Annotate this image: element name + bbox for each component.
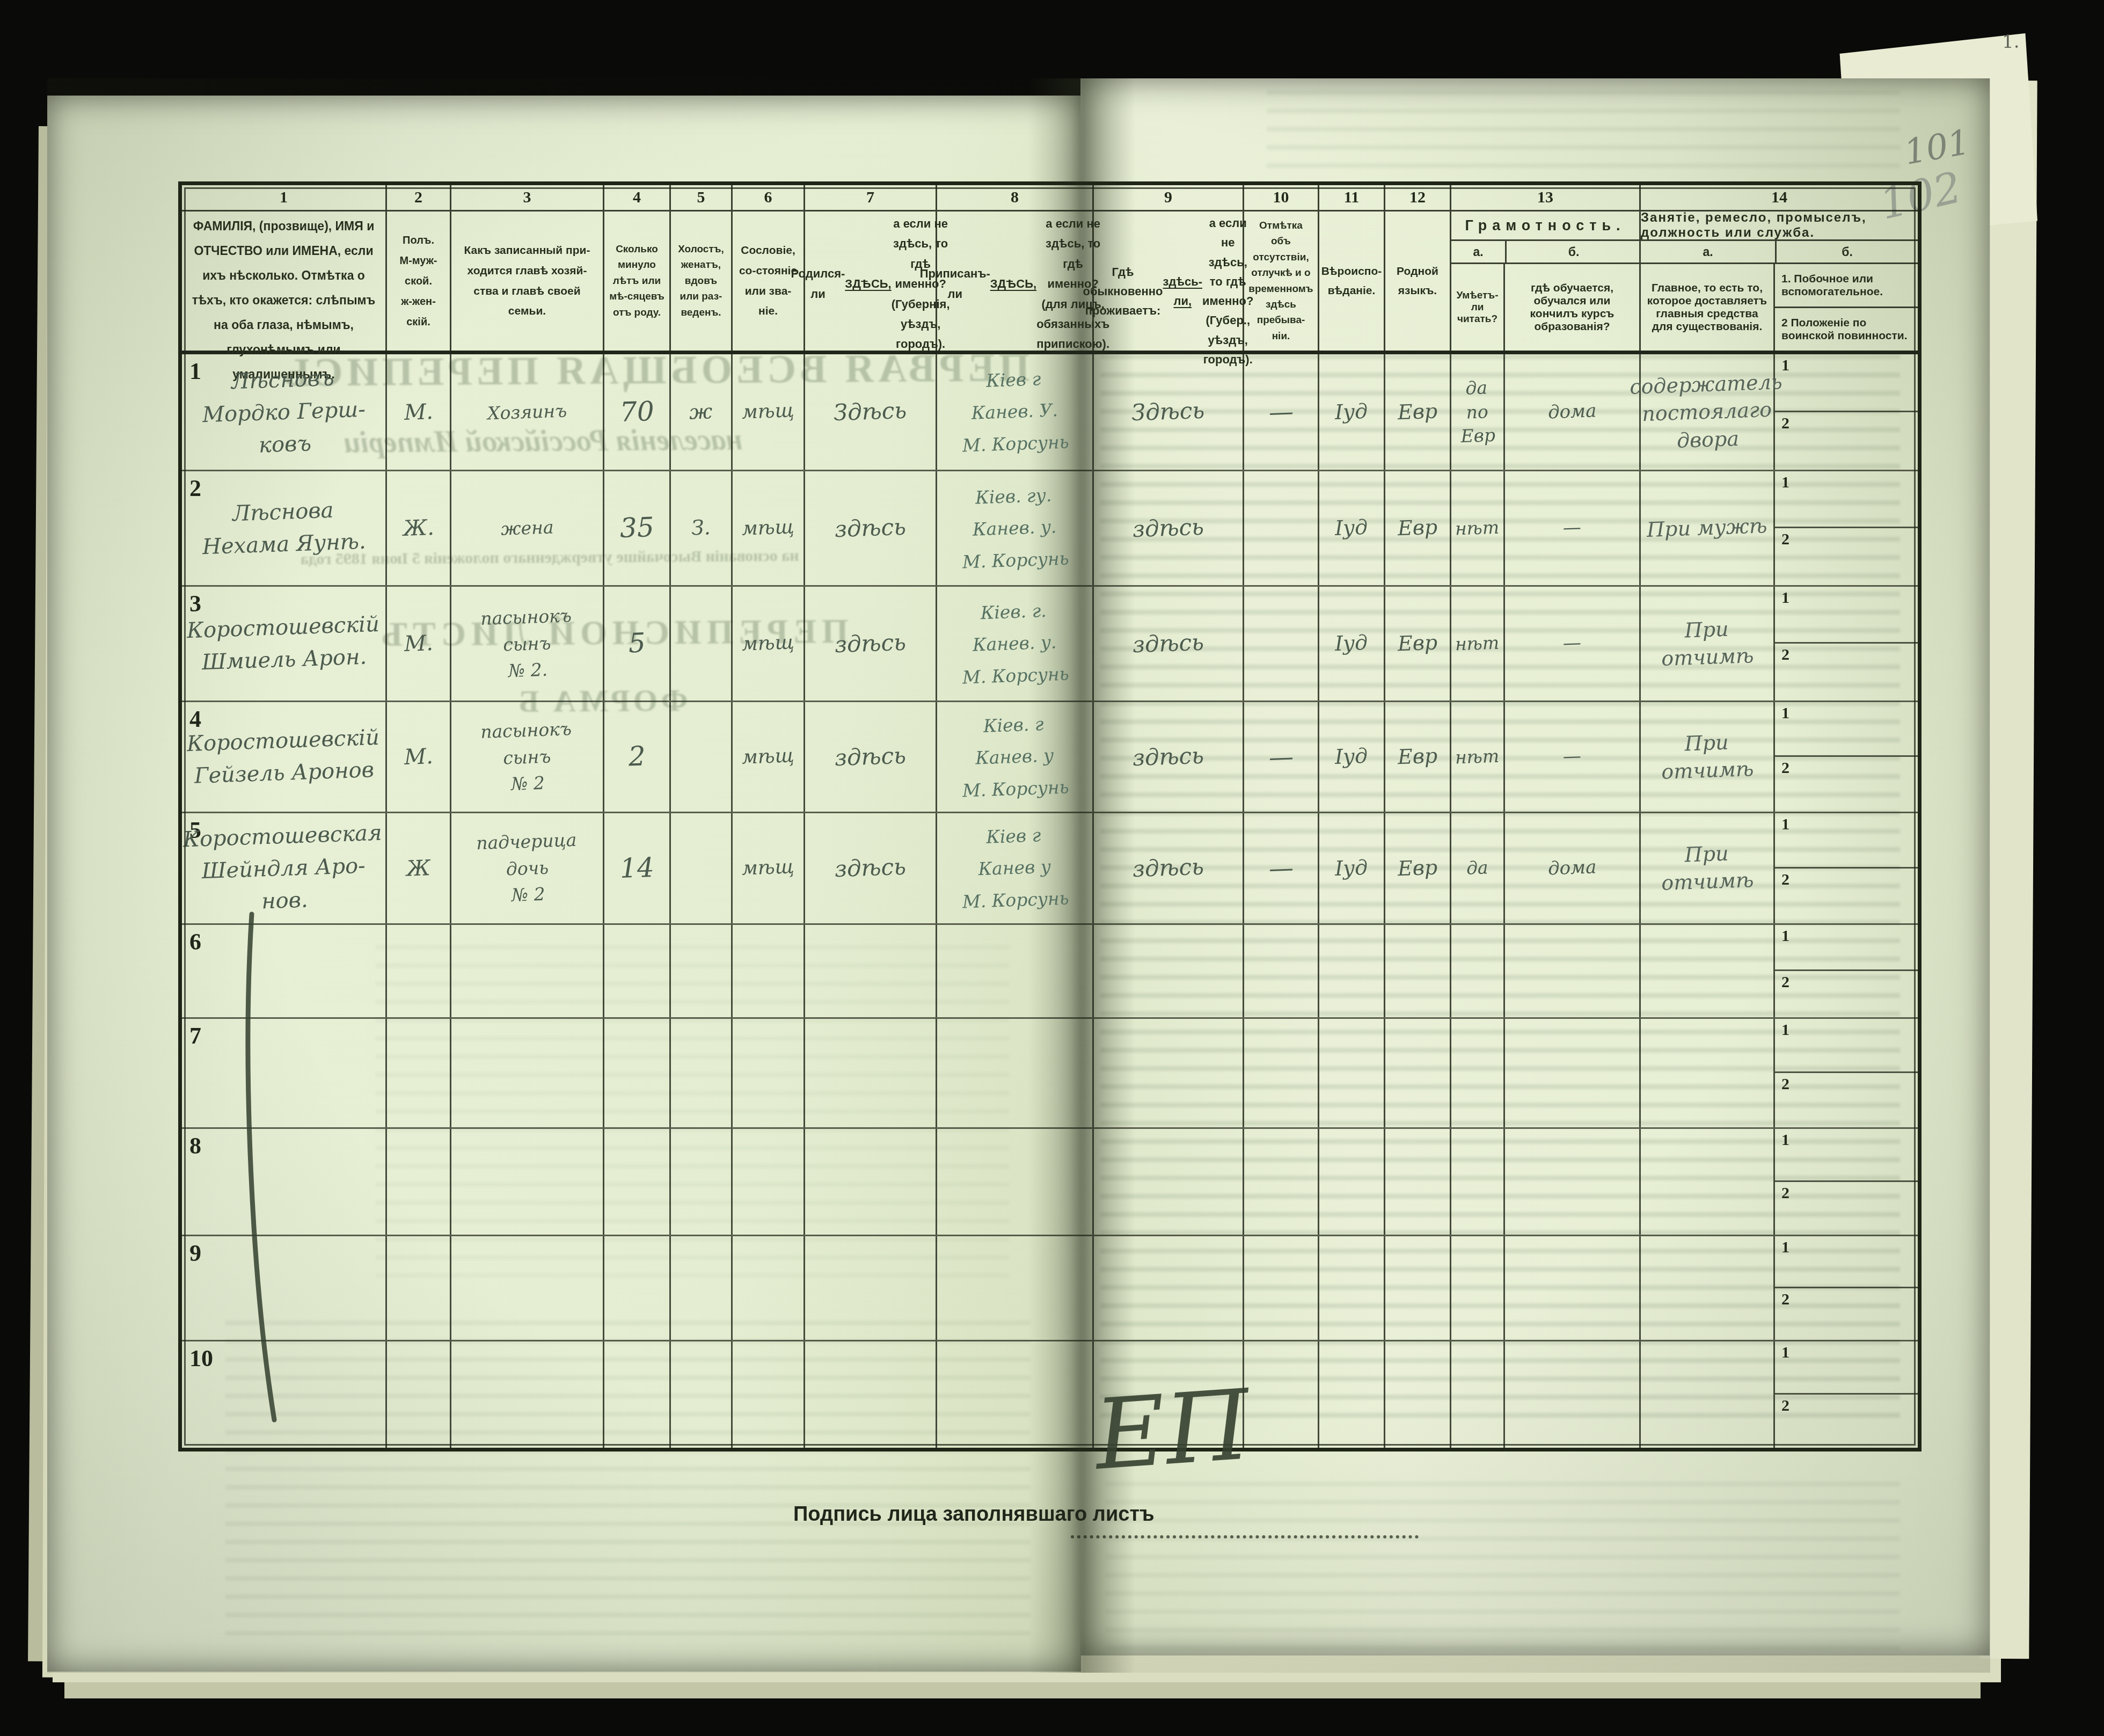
handwriting-entry: Кіев. гу. Канев. у. М. Корсунь bbox=[960, 478, 1070, 578]
c14b-subrow: 2 bbox=[1775, 757, 1918, 812]
cell-c13a bbox=[1451, 1129, 1505, 1235]
cell-c4: 14 bbox=[604, 813, 671, 923]
column-number: 1 bbox=[182, 185, 385, 211]
cell-c3 bbox=[451, 1341, 604, 1448]
col13-sublabels: а. б. bbox=[1451, 241, 1639, 264]
corner-mark: 1. bbox=[2002, 31, 2019, 53]
cell-c2: М. bbox=[387, 354, 451, 470]
cell-c13a bbox=[1451, 925, 1505, 1017]
cell-name: 1Лѣсновъ Мордко Герш- ковъ bbox=[182, 354, 387, 470]
row-number: 8 bbox=[189, 1132, 201, 1159]
handwriting-entry: З. bbox=[691, 514, 711, 543]
cell-c5 bbox=[671, 587, 733, 701]
header-col-3: 3Какъ записанный при-ходится главѣ хозяй… bbox=[451, 185, 604, 351]
handwriting-entry: М. bbox=[404, 629, 434, 659]
c14b-subrow-label: 1 bbox=[1781, 589, 1789, 607]
cell-c5: З. bbox=[671, 471, 733, 585]
cell-c4 bbox=[604, 1129, 671, 1235]
handwriting-entry: — bbox=[1268, 851, 1294, 886]
cell-c12: Евр bbox=[1385, 813, 1451, 923]
cell-c13b: — bbox=[1505, 587, 1641, 701]
cell-c7 bbox=[805, 1341, 937, 1448]
column-number: 3 bbox=[451, 185, 603, 211]
col14b2-text: 2 Положеніе по воинской повинности. bbox=[1775, 308, 1918, 351]
c14b-subrow: 1 bbox=[1775, 354, 1918, 412]
handwriting-entry: Евр bbox=[1397, 742, 1438, 771]
handwriting-entry: М. bbox=[404, 397, 434, 427]
c14b-subrow-label: 2 bbox=[1781, 1290, 1789, 1309]
table-row-10: 1012 bbox=[182, 1340, 1918, 1448]
handwriting-entry: мѣщ bbox=[741, 630, 794, 658]
c14b-subrow-label: 2 bbox=[1781, 871, 1789, 889]
table-row-3: 3Коростошевскій Шмиель Арон.М.пасынокъ с… bbox=[182, 585, 1918, 701]
cell-c13b: дома bbox=[1505, 813, 1641, 923]
cell-c13b: — bbox=[1505, 702, 1641, 812]
c14b-subrow-label: 2 bbox=[1781, 1075, 1789, 1093]
cell-c8: Кіев. гу. Канев. у. М. Корсунь bbox=[937, 471, 1094, 585]
c14b-subrow: 1 bbox=[1775, 1341, 1918, 1395]
cell-c4: 35 bbox=[604, 471, 671, 585]
cell-c4: 5 bbox=[604, 587, 671, 701]
handwriting-entry: — bbox=[1562, 515, 1582, 541]
cell-c10 bbox=[1244, 1236, 1319, 1340]
cell-c7 bbox=[805, 1236, 937, 1340]
cell-c11: Іуд bbox=[1319, 813, 1385, 923]
cell-c11: Іуд bbox=[1319, 702, 1385, 812]
cell-c14b: 12 bbox=[1775, 471, 1918, 585]
cell-c14b: 12 bbox=[1775, 354, 1918, 470]
cell-c5 bbox=[671, 1341, 733, 1448]
handwriting-entry: — bbox=[1562, 631, 1582, 656]
row-number: 7 bbox=[189, 1022, 201, 1049]
c14b-subrow: 1 bbox=[1775, 702, 1918, 757]
handwriting-entry: здѣсь bbox=[834, 852, 907, 885]
col14-sublabels: а. б. bbox=[1641, 241, 1918, 264]
col13-title: Грамотность. bbox=[1451, 211, 1639, 241]
cell-c14a: При отчимѣ bbox=[1641, 587, 1775, 701]
column-number: 6 bbox=[733, 185, 803, 211]
handwriting-entry: здѣсь bbox=[1132, 627, 1204, 660]
handwriting-entry: нѣт bbox=[1455, 631, 1500, 656]
cell-c14a: При мужѣ bbox=[1641, 471, 1775, 585]
cell-c3 bbox=[451, 1236, 604, 1340]
cell-c9: здѣсь bbox=[1094, 702, 1244, 812]
cell-c7: здѣсь bbox=[805, 587, 937, 701]
handwriting-entry: Здѣсь bbox=[833, 396, 907, 428]
header-col-14-occupation: 14 Занятіе, ремесло, промыселъ, должност… bbox=[1641, 185, 1918, 351]
cell-c2: Ж bbox=[387, 813, 451, 923]
c14b-subrow-label: 2 bbox=[1781, 646, 1789, 664]
header-text-col-7: Родился-ли ЗДѢСЬ, а если не здѣсь, то гд… bbox=[805, 211, 936, 356]
handwriting-entry: дома bbox=[1547, 399, 1597, 425]
c14b-subrow-label: 2 bbox=[1781, 1397, 1789, 1415]
cell-c12: Евр bbox=[1385, 702, 1451, 812]
c14b-subrow: 1 bbox=[1775, 587, 1918, 644]
c14b-subrow: 2 bbox=[1775, 412, 1918, 470]
handwriting-entry: Кіев. г. Канев. у. М. Корсунь bbox=[960, 594, 1070, 693]
handwriting-entry: Евр bbox=[1397, 514, 1438, 543]
c14b-subrow: 1 bbox=[1775, 925, 1918, 971]
header-text-col-10: Отмѣтка объ отсутствіи, отлучкѣ и о врем… bbox=[1244, 211, 1318, 351]
column-number: 7 bbox=[805, 185, 936, 211]
cell-c13a bbox=[1451, 1236, 1505, 1340]
table-row-1: 1Лѣсновъ Мордко Герш- ковъМ.Хозяинъ70жмѣ… bbox=[182, 354, 1918, 470]
cell-c5 bbox=[671, 702, 733, 812]
cell-c3: пасынокъ сынъ № 2. bbox=[451, 587, 604, 701]
handwriting-name: Коростошевскій Шмиель Арон. bbox=[186, 608, 381, 679]
cell-c6: мѣщ bbox=[733, 471, 805, 585]
cell-name: 9 bbox=[182, 1236, 387, 1340]
handwriting-entry: Іуд bbox=[1335, 742, 1369, 771]
cell-c8: Кіев г Канев. У. М. Корсунь bbox=[937, 354, 1094, 470]
cell-name: 2Лѣснова Нехама Яунѣ. bbox=[182, 471, 387, 585]
cell-c10 bbox=[1244, 925, 1319, 1017]
handwriting-entry: мѣщ bbox=[741, 514, 794, 542]
cell-c7: Здѣсь bbox=[805, 354, 937, 470]
cell-c14a bbox=[1641, 1019, 1775, 1127]
handwriting-entry: здѣсь bbox=[834, 627, 907, 660]
header-text-col-8: Приписанъ-ли ЗДѢСЬ, а если не здѣсь, то … bbox=[937, 211, 1092, 356]
cell-c13a bbox=[1451, 1019, 1505, 1127]
cell-c14b: 12 bbox=[1775, 813, 1918, 923]
handwriting-entry: Іуд bbox=[1335, 629, 1369, 658]
cell-c6 bbox=[733, 1341, 805, 1448]
cell-c8: Кіев. г Канев. у М. Корсунь bbox=[937, 702, 1094, 812]
handwriting-entry: Кіев. г Канев. у М. Корсунь bbox=[960, 707, 1070, 806]
c14b-subrow: 1 bbox=[1775, 1019, 1918, 1073]
cell-c3 bbox=[451, 1129, 604, 1235]
handwriting-entry: Здѣсь bbox=[1131, 396, 1205, 428]
c14b-subrow-label: 2 bbox=[1781, 973, 1789, 991]
cell-c11 bbox=[1319, 1019, 1385, 1127]
cell-c11: Іуд bbox=[1319, 471, 1385, 585]
col13a-text: Умѣетъ-ли читать? bbox=[1451, 264, 1505, 351]
cell-c9: Здѣсь bbox=[1094, 354, 1244, 470]
cell-c9 bbox=[1094, 1019, 1244, 1127]
cell-c5 bbox=[671, 1019, 733, 1127]
cell-c4: 2 bbox=[604, 702, 671, 812]
handwriting-entry: здѣсь bbox=[1132, 852, 1204, 885]
handwriting-entry: — bbox=[1268, 395, 1294, 429]
cell-c4 bbox=[604, 1236, 671, 1340]
table-body: 1Лѣсновъ Мордко Герш- ковъМ.Хозяинъ70жмѣ… bbox=[182, 354, 1918, 1448]
handwriting-entry: мѣщ bbox=[741, 855, 794, 882]
c14b-subrow-label: 2 bbox=[1781, 1184, 1789, 1202]
handwriting-name: Лѣснова Нехама Яунѣ. bbox=[201, 493, 367, 564]
cell-c8 bbox=[937, 925, 1094, 1017]
cell-c5 bbox=[671, 813, 733, 923]
handwriting-entry: Евр bbox=[1397, 398, 1438, 427]
cell-c3: Хозяинъ bbox=[451, 354, 604, 470]
c14b-subrow: 1 bbox=[1775, 1236, 1918, 1288]
column-number: 13 bbox=[1451, 185, 1639, 211]
handwriting-entry: дома bbox=[1547, 855, 1597, 881]
handwriting-entry: При отчимѣ bbox=[1640, 614, 1774, 673]
c14b-subrow: 1 bbox=[1775, 471, 1918, 528]
cell-c4 bbox=[604, 1341, 671, 1448]
header-col-8: 8Приписанъ-ли ЗДѢСЬ, а если не здѣсь, то… bbox=[937, 185, 1094, 351]
cell-c4: 70 bbox=[604, 354, 671, 470]
c14b-subrow-label: 1 bbox=[1781, 1344, 1789, 1362]
cell-c13a: да bbox=[1451, 813, 1505, 923]
handwriting-name: Лѣсновъ Мордко Герш- ковъ bbox=[201, 361, 367, 463]
cell-c14a bbox=[1641, 1341, 1775, 1448]
cell-c13b bbox=[1505, 1236, 1641, 1340]
cell-c14b: 12 bbox=[1775, 925, 1918, 1017]
cell-c2 bbox=[387, 1129, 451, 1235]
cell-c14b: 12 bbox=[1775, 1019, 1918, 1127]
cell-name: 7 bbox=[182, 1019, 387, 1127]
cell-c13b bbox=[1505, 1129, 1641, 1235]
c14b-subrow-label: 1 bbox=[1781, 473, 1789, 492]
table-row-9: 912 bbox=[182, 1235, 1918, 1340]
col14a-label: а. bbox=[1641, 241, 1777, 262]
c14b-subrow: 1 bbox=[1775, 1129, 1918, 1182]
cell-c3: падчерица дочь № 2 bbox=[451, 813, 604, 923]
column-number: 9 bbox=[1094, 185, 1243, 211]
handwriting-entry: 70 bbox=[619, 393, 655, 431]
handwriting-entry: мѣщ bbox=[741, 398, 794, 426]
cell-c9: здѣсь bbox=[1094, 813, 1244, 923]
header-text-col-9: Гдѣ обыкновенно проживаетъ: здѣсь-ли, а … bbox=[1094, 211, 1243, 371]
cell-c14a: При отчимѣ bbox=[1641, 702, 1775, 812]
handwriting-entry: Евр bbox=[1397, 854, 1438, 883]
handwriting-entry: падчерица дочь № 2 bbox=[476, 827, 579, 910]
handwriting-entry: Евр bbox=[1397, 629, 1438, 658]
header-col-11: 11Вѣроиспо-вѣданіе. bbox=[1319, 185, 1385, 351]
c14b-subrow-label: 2 bbox=[1781, 530, 1789, 549]
cell-c2 bbox=[387, 925, 451, 1017]
c14b-subrow: 2 bbox=[1775, 1395, 1918, 1448]
handwriting-entry: — bbox=[1268, 740, 1294, 774]
handwriting-entry: 5 bbox=[627, 625, 646, 662]
cell-c5 bbox=[671, 1129, 733, 1235]
table-row-5: 5Коростошевская Шейндля Аро- нов.Жпадчер… bbox=[182, 812, 1918, 923]
handwriting-entry: Ж. bbox=[403, 513, 435, 543]
col13b-label: б. bbox=[1507, 241, 1641, 262]
cell-c8 bbox=[937, 1341, 1094, 1448]
cell-c6 bbox=[733, 925, 805, 1017]
row-number: 3 bbox=[189, 590, 201, 617]
header-text-col-12: Родной языкъ. bbox=[1385, 211, 1450, 351]
cell-c9 bbox=[1094, 1129, 1244, 1235]
handwriting-entry: здѣсь bbox=[1132, 740, 1204, 773]
cell-c7 bbox=[805, 925, 937, 1017]
cell-c8: Кіев. г. Канев. у. М. Корсунь bbox=[937, 587, 1094, 701]
signature-dotted-line bbox=[1071, 1504, 1419, 1538]
cell-c10: — bbox=[1244, 702, 1319, 812]
handwriting-entry: содержатель постоялаго двора bbox=[1630, 368, 1785, 456]
table-row-7: 712 bbox=[182, 1017, 1918, 1127]
handwriting-entry: мѣщ bbox=[741, 743, 794, 771]
cell-c12 bbox=[1385, 1129, 1451, 1235]
cell-c11 bbox=[1319, 1236, 1385, 1340]
handwriting-entry: здѣсь bbox=[834, 740, 907, 773]
table-row-6: 612 bbox=[182, 923, 1918, 1017]
c14b-subrow-label: 1 bbox=[1781, 927, 1789, 945]
cell-c11 bbox=[1319, 1129, 1385, 1235]
handwriting-entry: здѣсь bbox=[1132, 512, 1204, 544]
cell-c7: здѣсь bbox=[805, 813, 937, 923]
cell-c10: — bbox=[1244, 813, 1319, 923]
cell-c7 bbox=[805, 1129, 937, 1235]
cell-c7: здѣсь bbox=[805, 702, 937, 812]
handwriting-entry: Кіев г Канев у М. Корсунь bbox=[960, 819, 1070, 918]
cell-c6 bbox=[733, 1129, 805, 1235]
cell-name: 3Коростошевскій Шмиель Арон. bbox=[182, 587, 387, 701]
row-number: 6 bbox=[189, 928, 201, 955]
c14b-subrow: 2 bbox=[1775, 869, 1918, 924]
cell-c12: Евр bbox=[1385, 471, 1451, 585]
handwriting-entry: здѣсь bbox=[834, 512, 907, 544]
cell-c9: здѣсь bbox=[1094, 471, 1244, 585]
cell-c12 bbox=[1385, 925, 1451, 1017]
c14b-subrow: 2 bbox=[1775, 1182, 1918, 1235]
cell-c2: М. bbox=[387, 702, 451, 812]
cell-c6: мѣщ bbox=[733, 587, 805, 701]
handwriting-entry: М. bbox=[404, 742, 434, 772]
cell-c12: Евр bbox=[1385, 354, 1451, 470]
cell-c10 bbox=[1244, 471, 1319, 585]
handwriting-entry: 14 bbox=[619, 850, 655, 887]
handwriting-entry: 2 bbox=[627, 739, 646, 776]
row-number: 10 bbox=[189, 1345, 213, 1372]
c14b-subrow-label: 2 bbox=[1781, 759, 1789, 777]
header-text-col-3: Какъ записанный при-ходится главѣ хозяй-… bbox=[451, 211, 603, 351]
column-number: 11 bbox=[1319, 185, 1384, 211]
cell-c11: Іуд bbox=[1319, 587, 1385, 701]
header-col-12: 12Родной языкъ. bbox=[1385, 185, 1451, 351]
c14b-subrow-label: 1 bbox=[1781, 704, 1789, 723]
cell-c14b: 12 bbox=[1775, 1129, 1918, 1235]
cell-name: 5Коростошевская Шейндля Аро- нов. bbox=[182, 813, 387, 923]
cell-c11 bbox=[1319, 925, 1385, 1017]
cell-c5 bbox=[671, 1236, 733, 1340]
handwriting-entry: 35 bbox=[619, 509, 655, 547]
handwriting-entry: нѣт bbox=[1455, 744, 1500, 769]
handwriting-name: Коростошевскій Гейзель Аронов bbox=[186, 721, 381, 792]
handwriting-entry: да bbox=[1466, 856, 1488, 881]
header-col-1: 1ФАМИЛІЯ, (прозвище), ИМЯ и ОТЧЕСТВО или… bbox=[182, 185, 387, 351]
cell-c2 bbox=[387, 1236, 451, 1340]
cell-c13b: дома bbox=[1505, 354, 1641, 470]
col14-title: Занятіе, ремесло, промыселъ, должность и… bbox=[1641, 211, 1918, 241]
header-col-2: 2Полъ. М-муж-ской. ж-жен-скій. bbox=[387, 185, 451, 351]
c14b-subrow: 2 bbox=[1775, 644, 1918, 701]
header-text-col-5: Холостъ, женатъ, вдовъ или раз-веденъ. bbox=[671, 211, 731, 351]
cell-c2: Ж. bbox=[387, 471, 451, 585]
cell-c4 bbox=[604, 1019, 671, 1127]
cell-c13a: нѣт bbox=[1451, 471, 1505, 585]
cell-c8 bbox=[937, 1236, 1094, 1340]
cell-c10: — bbox=[1244, 354, 1319, 470]
header-col-9: 9Гдѣ обыкновенно проживаетъ: здѣсь-ли, а… bbox=[1094, 185, 1244, 351]
handwriting-entry: При отчимѣ bbox=[1640, 727, 1774, 786]
cell-c8 bbox=[937, 1129, 1094, 1235]
cell-c10 bbox=[1244, 587, 1319, 701]
handwriting-entry: Хозяинъ bbox=[487, 397, 567, 427]
cell-c5 bbox=[671, 925, 733, 1017]
header-text-col-2: Полъ. М-муж-ской. ж-жен-скій. bbox=[387, 211, 450, 351]
table-row-8: 812 bbox=[182, 1127, 1918, 1235]
column-number: 5 bbox=[671, 185, 731, 211]
header-col-5: 5Холостъ, женатъ, вдовъ или раз-веденъ. bbox=[671, 185, 733, 351]
cell-c8: Кіев г Канев у М. Корсунь bbox=[937, 813, 1094, 923]
cell-c10 bbox=[1244, 1019, 1319, 1127]
c14b-subrow: 2 bbox=[1775, 528, 1918, 585]
cell-c13a: да по Евр bbox=[1451, 354, 1505, 470]
cell-c13b bbox=[1505, 1019, 1641, 1127]
bleedthrough-text-noise bbox=[1267, 90, 1900, 171]
cell-c5: ж bbox=[671, 354, 733, 470]
column-number: 8 bbox=[937, 185, 1092, 211]
cell-c14a bbox=[1641, 1129, 1775, 1235]
col14a-text: Главное, то есть то, которое доставляетъ… bbox=[1641, 264, 1775, 351]
column-number: 10 bbox=[1244, 185, 1318, 211]
cell-c4 bbox=[604, 925, 671, 1017]
handwriting-entry: пасынокъ сынъ № 2 bbox=[480, 716, 574, 798]
c14b-subrow: 2 bbox=[1775, 1073, 1918, 1127]
cell-c14b: 12 bbox=[1775, 1236, 1918, 1340]
column-number: 12 bbox=[1385, 185, 1450, 211]
header-col-10: 10Отмѣтка объ отсутствіи, отлучкѣ и о вр… bbox=[1244, 185, 1319, 351]
cell-c9 bbox=[1094, 925, 1244, 1017]
scanned-census-sheet: ПЕРВАЯ ВСЕОБЩАЯ ПЕРЕПИСЬ населенія Россі… bbox=[0, 0, 2104, 1736]
cell-c6: мѣщ bbox=[733, 354, 805, 470]
cell-c8 bbox=[937, 1019, 1094, 1127]
c14b-subrow-label: 1 bbox=[1781, 1238, 1789, 1257]
cell-c3 bbox=[451, 925, 604, 1017]
c14b-subrow: 1 bbox=[1775, 813, 1918, 869]
c14b-subrow-label: 1 bbox=[1781, 1021, 1789, 1039]
cell-name: 4Коростошевскій Гейзель Аронов bbox=[182, 702, 387, 812]
handwriting-entry: нѣт bbox=[1455, 515, 1500, 541]
cell-c11 bbox=[1319, 1341, 1385, 1448]
handwriting-entry: ж bbox=[689, 398, 713, 426]
handwriting-entry: — bbox=[1562, 744, 1582, 769]
c14b-subrow-label: 1 bbox=[1781, 815, 1789, 834]
row-number: 1 bbox=[189, 358, 201, 385]
row-number: 9 bbox=[189, 1239, 201, 1267]
cell-c14a: При отчимѣ bbox=[1641, 813, 1775, 923]
handwriting-entry: При мужѣ bbox=[1647, 512, 1768, 544]
header-text-col-4: Сколько минуло лѣтъ или мѣ-сяцевъ отъ ро… bbox=[604, 211, 669, 351]
cell-c12 bbox=[1385, 1019, 1451, 1127]
column-number: 14 bbox=[1641, 185, 1918, 211]
cell-c13b: — bbox=[1505, 471, 1641, 585]
cell-c13a: нѣт bbox=[1451, 587, 1505, 701]
c14b-subrow: 2 bbox=[1775, 1288, 1918, 1340]
cell-c14a: содержатель постоялаго двора bbox=[1641, 354, 1775, 470]
table-header: 1ФАМИЛІЯ, (прозвище), ИМЯ и ОТЧЕСТВО или… bbox=[182, 185, 1918, 354]
cell-c12: Евр bbox=[1385, 587, 1451, 701]
handwriting-name: Коростошевская Шейндля Аро- нов. bbox=[182, 816, 385, 920]
cell-name: 8 bbox=[182, 1129, 387, 1235]
col14b1-text: 1. Побочное или вспомогательное. bbox=[1775, 264, 1918, 308]
c14b-subrow-label: 1 bbox=[1781, 1131, 1789, 1149]
cell-c10 bbox=[1244, 1341, 1319, 1448]
header-col-13-literacy: 13 Грамотность. а. б. Умѣетъ-ли читать? … bbox=[1451, 185, 1641, 351]
cell-c14b: 12 bbox=[1775, 587, 1918, 701]
handwriting-entry: Іуд bbox=[1335, 398, 1369, 426]
handwriting-entry: При отчимѣ bbox=[1640, 838, 1774, 898]
cell-c6: мѣщ bbox=[733, 702, 805, 812]
cell-c2 bbox=[387, 1341, 451, 1448]
cell-c2: М. bbox=[387, 587, 451, 701]
cell-c9: здѣсь bbox=[1094, 587, 1244, 701]
c14b-subrow-label: 1 bbox=[1781, 356, 1789, 375]
cell-c13a: нѣт bbox=[1451, 702, 1505, 812]
